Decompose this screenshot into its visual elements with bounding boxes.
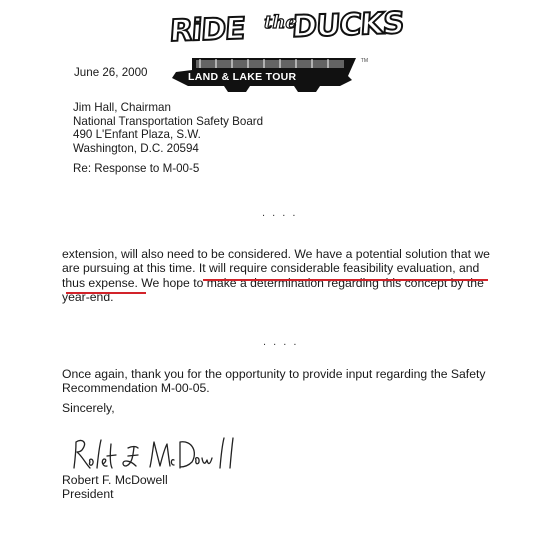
recipient-address: Jim Hall, Chairman National Transportati… <box>73 101 263 155</box>
highlight-underline <box>203 279 488 281</box>
excerpt-line: extension, will also need to be consider… <box>62 247 490 261</box>
recipient-city: Washington, D.C. 20594 <box>73 142 263 156</box>
omission-marker: . . . . <box>262 207 297 219</box>
recipient-name: Jim Hall, Chairman <box>73 101 263 115</box>
logo-the: the <box>264 12 297 33</box>
subject-line: Re: Response to M-00-5 <box>73 162 199 176</box>
signer-block: Robert F. McDowell President <box>62 473 168 502</box>
ride-the-ducks-logo: RiDE DUCKS the LAND & LAKE TOUR TM <box>168 6 368 98</box>
closing-paragraph: Once again, thank you for the opportunit… <box>62 367 485 396</box>
signer-title: President <box>62 487 168 501</box>
letter-date: June 26, 2000 <box>74 66 148 80</box>
trademark-mark: TM <box>361 58 368 64</box>
logo-tagline: LAND & LAKE TOUR <box>188 71 296 83</box>
excerpt-paragraph: extension, will also need to be consider… <box>62 247 490 305</box>
omission-marker: . . . . <box>263 336 298 348</box>
highlight-underline <box>66 292 146 294</box>
salutation: Sincerely, <box>62 401 115 415</box>
closing-line: Once again, thank you for the opportunit… <box>62 367 485 381</box>
excerpt-line: are pursuing at this time. It will requi… <box>62 261 490 275</box>
recipient-street: 490 L'Enfant Plaza, S.W. <box>73 128 263 142</box>
excerpt-line: thus expense. We hope to make a determin… <box>62 276 490 290</box>
signer-name: Robert F. McDowell <box>62 473 168 487</box>
recipient-organization: National Transportation Safety Board <box>73 115 263 129</box>
closing-line: Recommendation M-00-05. <box>62 381 485 395</box>
handwritten-signature <box>70 434 235 472</box>
